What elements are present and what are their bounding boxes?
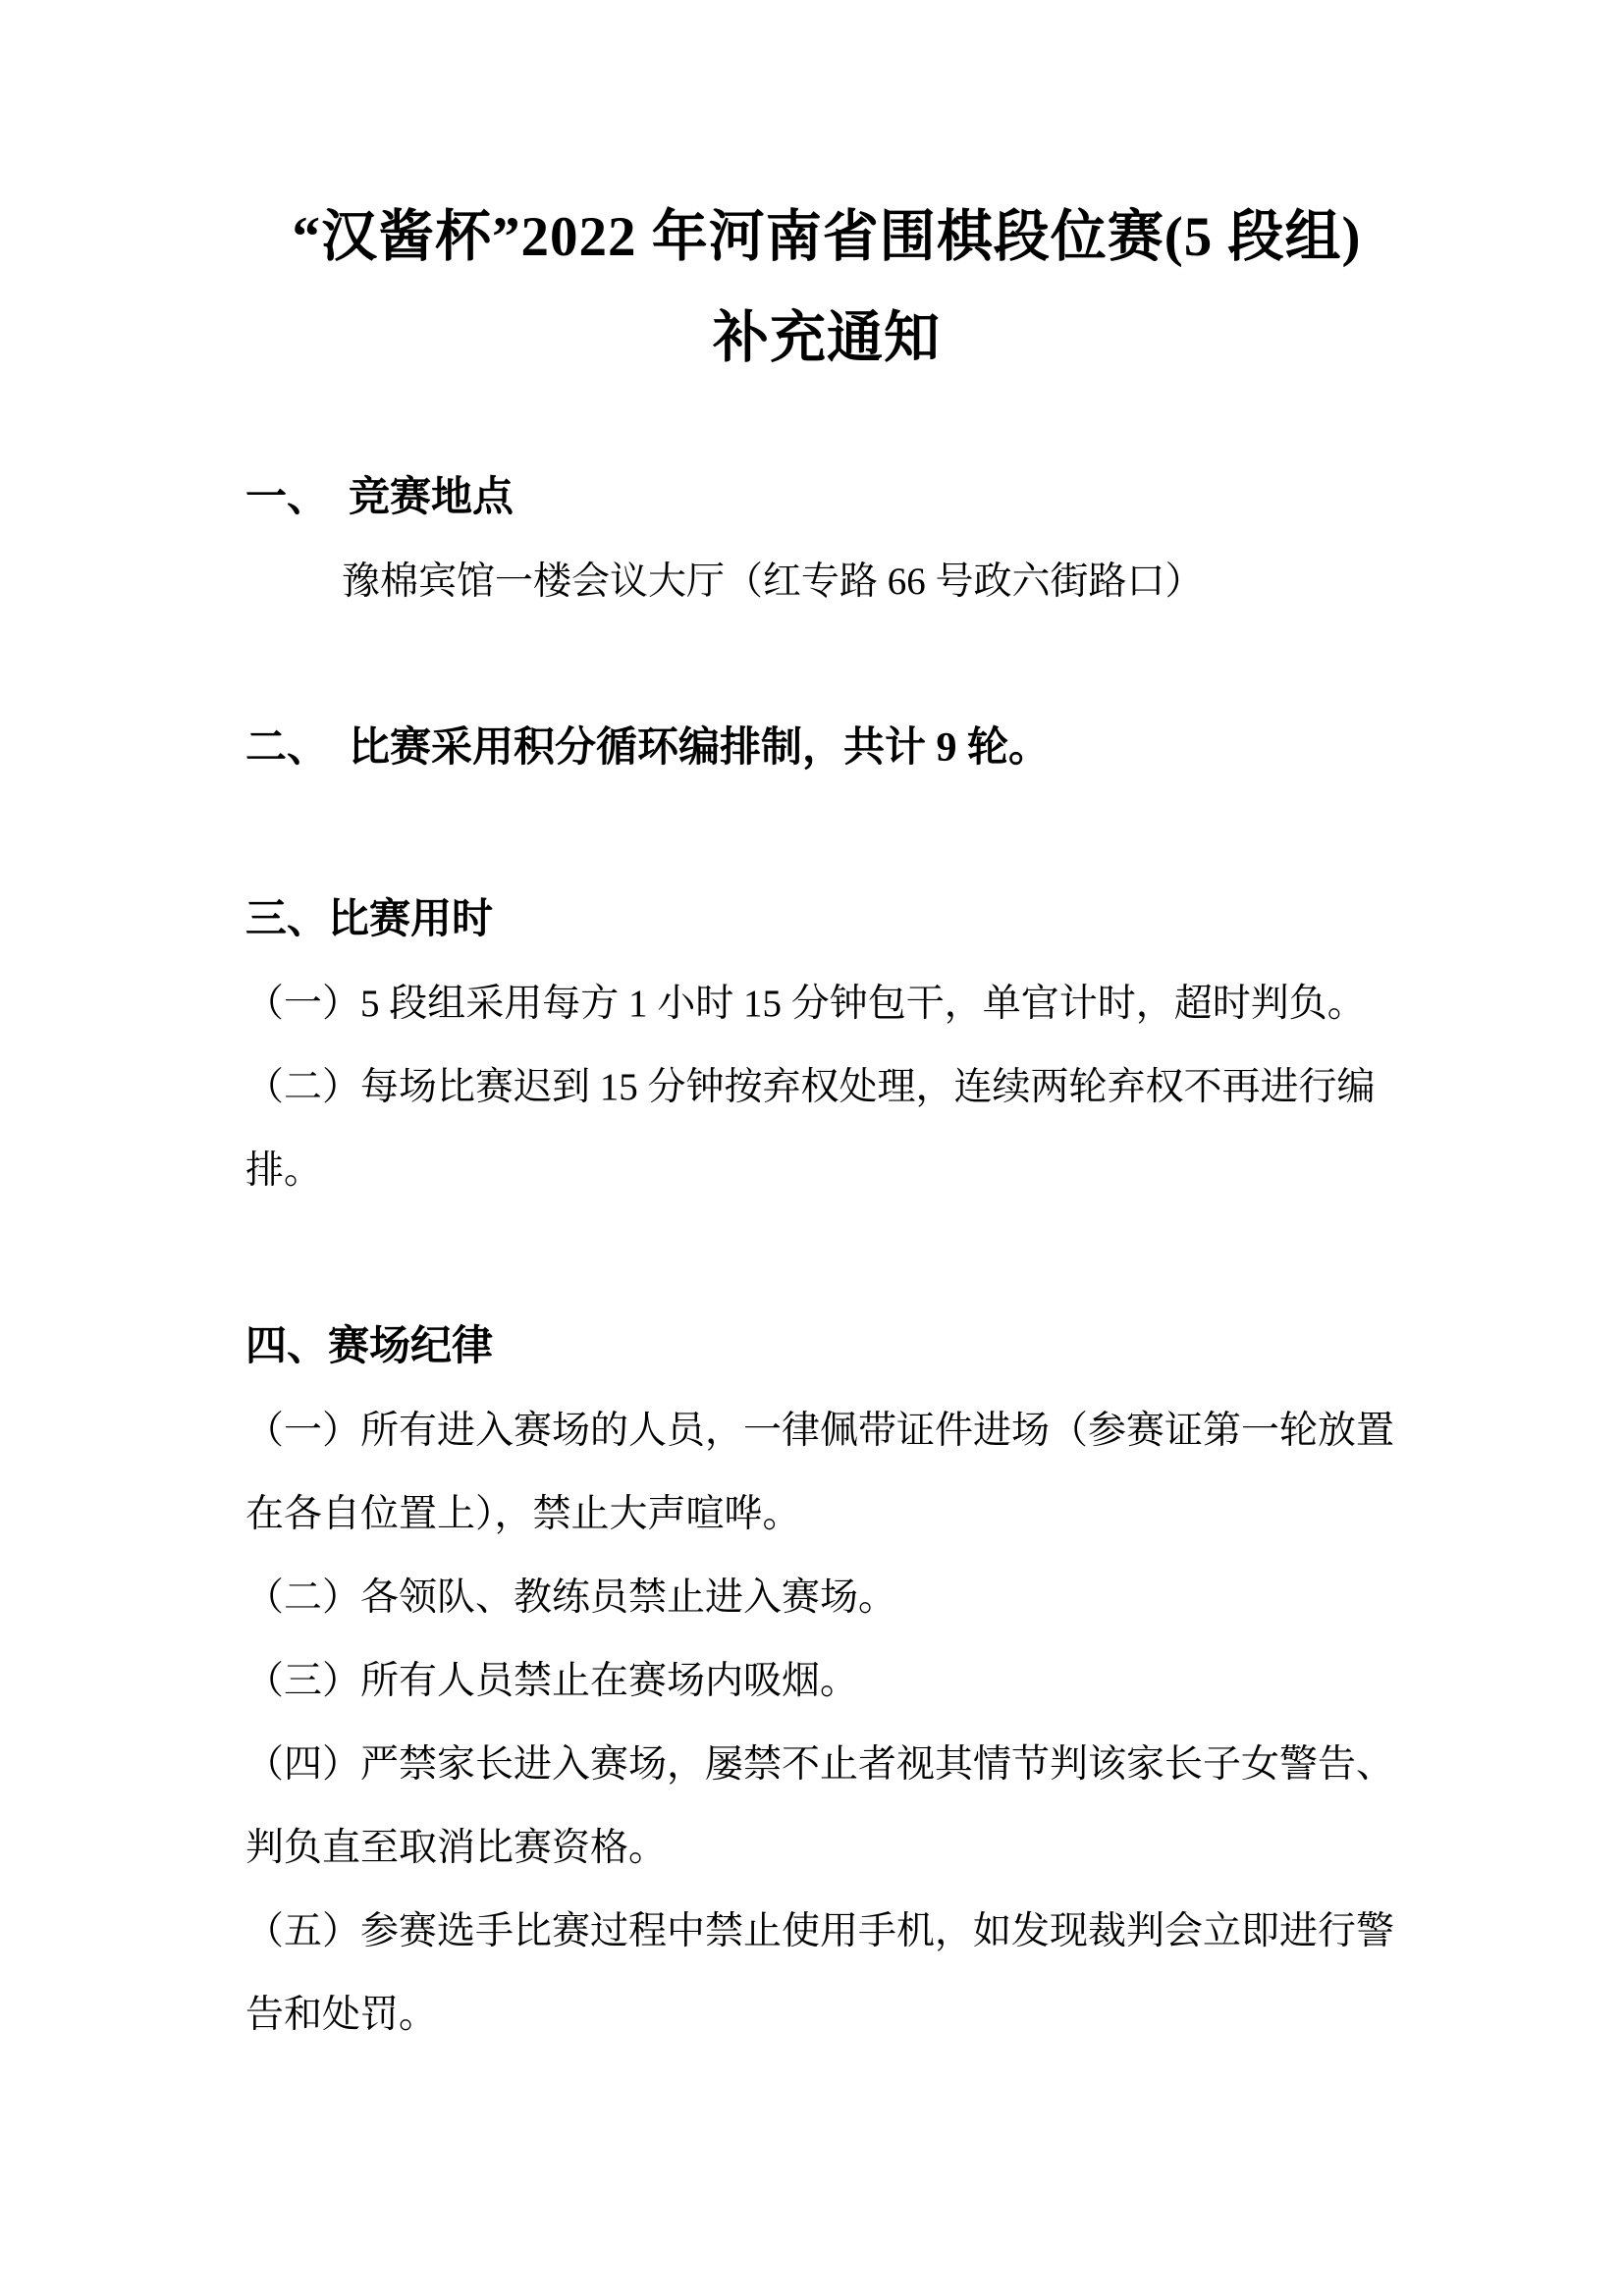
section-4-paragraph-1: （一）所有进入赛场的人员，一律佩带证件进场（参赛证第一轮放置 在各自位置上），禁… [245, 1389, 1408, 1556]
section-3-paragraph-2: （二）每场比赛迟到 15 分钟按弃权处理，连续两轮弃权不再进行编 排。 [245, 1045, 1408, 1212]
section-2-heading: 二、 比赛采用积分循环编排制，共计 9 轮。 [245, 707, 1408, 790]
document-content: “汉酱杯”2022 年河南省围棋段位赛(5 段组) 补充通知 一、 竞赛地点 豫… [0, 187, 1624, 2056]
document-page: “汉酱杯”2022 年河南省围棋段位赛(5 段组) 补充通知 一、 竞赛地点 豫… [0, 0, 1624, 2296]
section-4-paragraph-4: （四）严禁家长进入赛场，屡禁不止者视其情节判该家长子女警告、 判负直至取消比赛资… [245, 1723, 1408, 1890]
section-3-heading: 三、比赛用时 [245, 879, 1408, 962]
section-4-paragraph-3: （三）所有人员禁止在赛场内吸烟。 [245, 1639, 1408, 1723]
section-4-heading: 四、赛场纪律 [245, 1306, 1408, 1389]
section-4-paragraph-5: （五）参赛选手比赛过程中禁止使用手机，如发现裁判会立即进行警 告和处罚。 [245, 1890, 1408, 2056]
section-1-address: 豫棉宾馆一楼会议大厅（红专路 66 号政六街路口） [245, 540, 1408, 623]
section-4-paragraph-2: （二）各领队、教练员禁止进入赛场。 [245, 1556, 1408, 1639]
doc-title-line1: “汉酱杯”2022 年河南省围棋段位赛(5 段组) [245, 187, 1408, 288]
doc-title: “汉酱杯”2022 年河南省围棋段位赛(5 段组) 补充通知 [245, 187, 1408, 389]
section-1-heading: 一、 竞赛地点 [245, 456, 1408, 540]
section-3-paragraph-1: （一）5 段组采用每方 1 小时 15 分钟包干，单官计时，超时判负。 [245, 962, 1408, 1045]
doc-title-line2: 补充通知 [245, 288, 1408, 389]
